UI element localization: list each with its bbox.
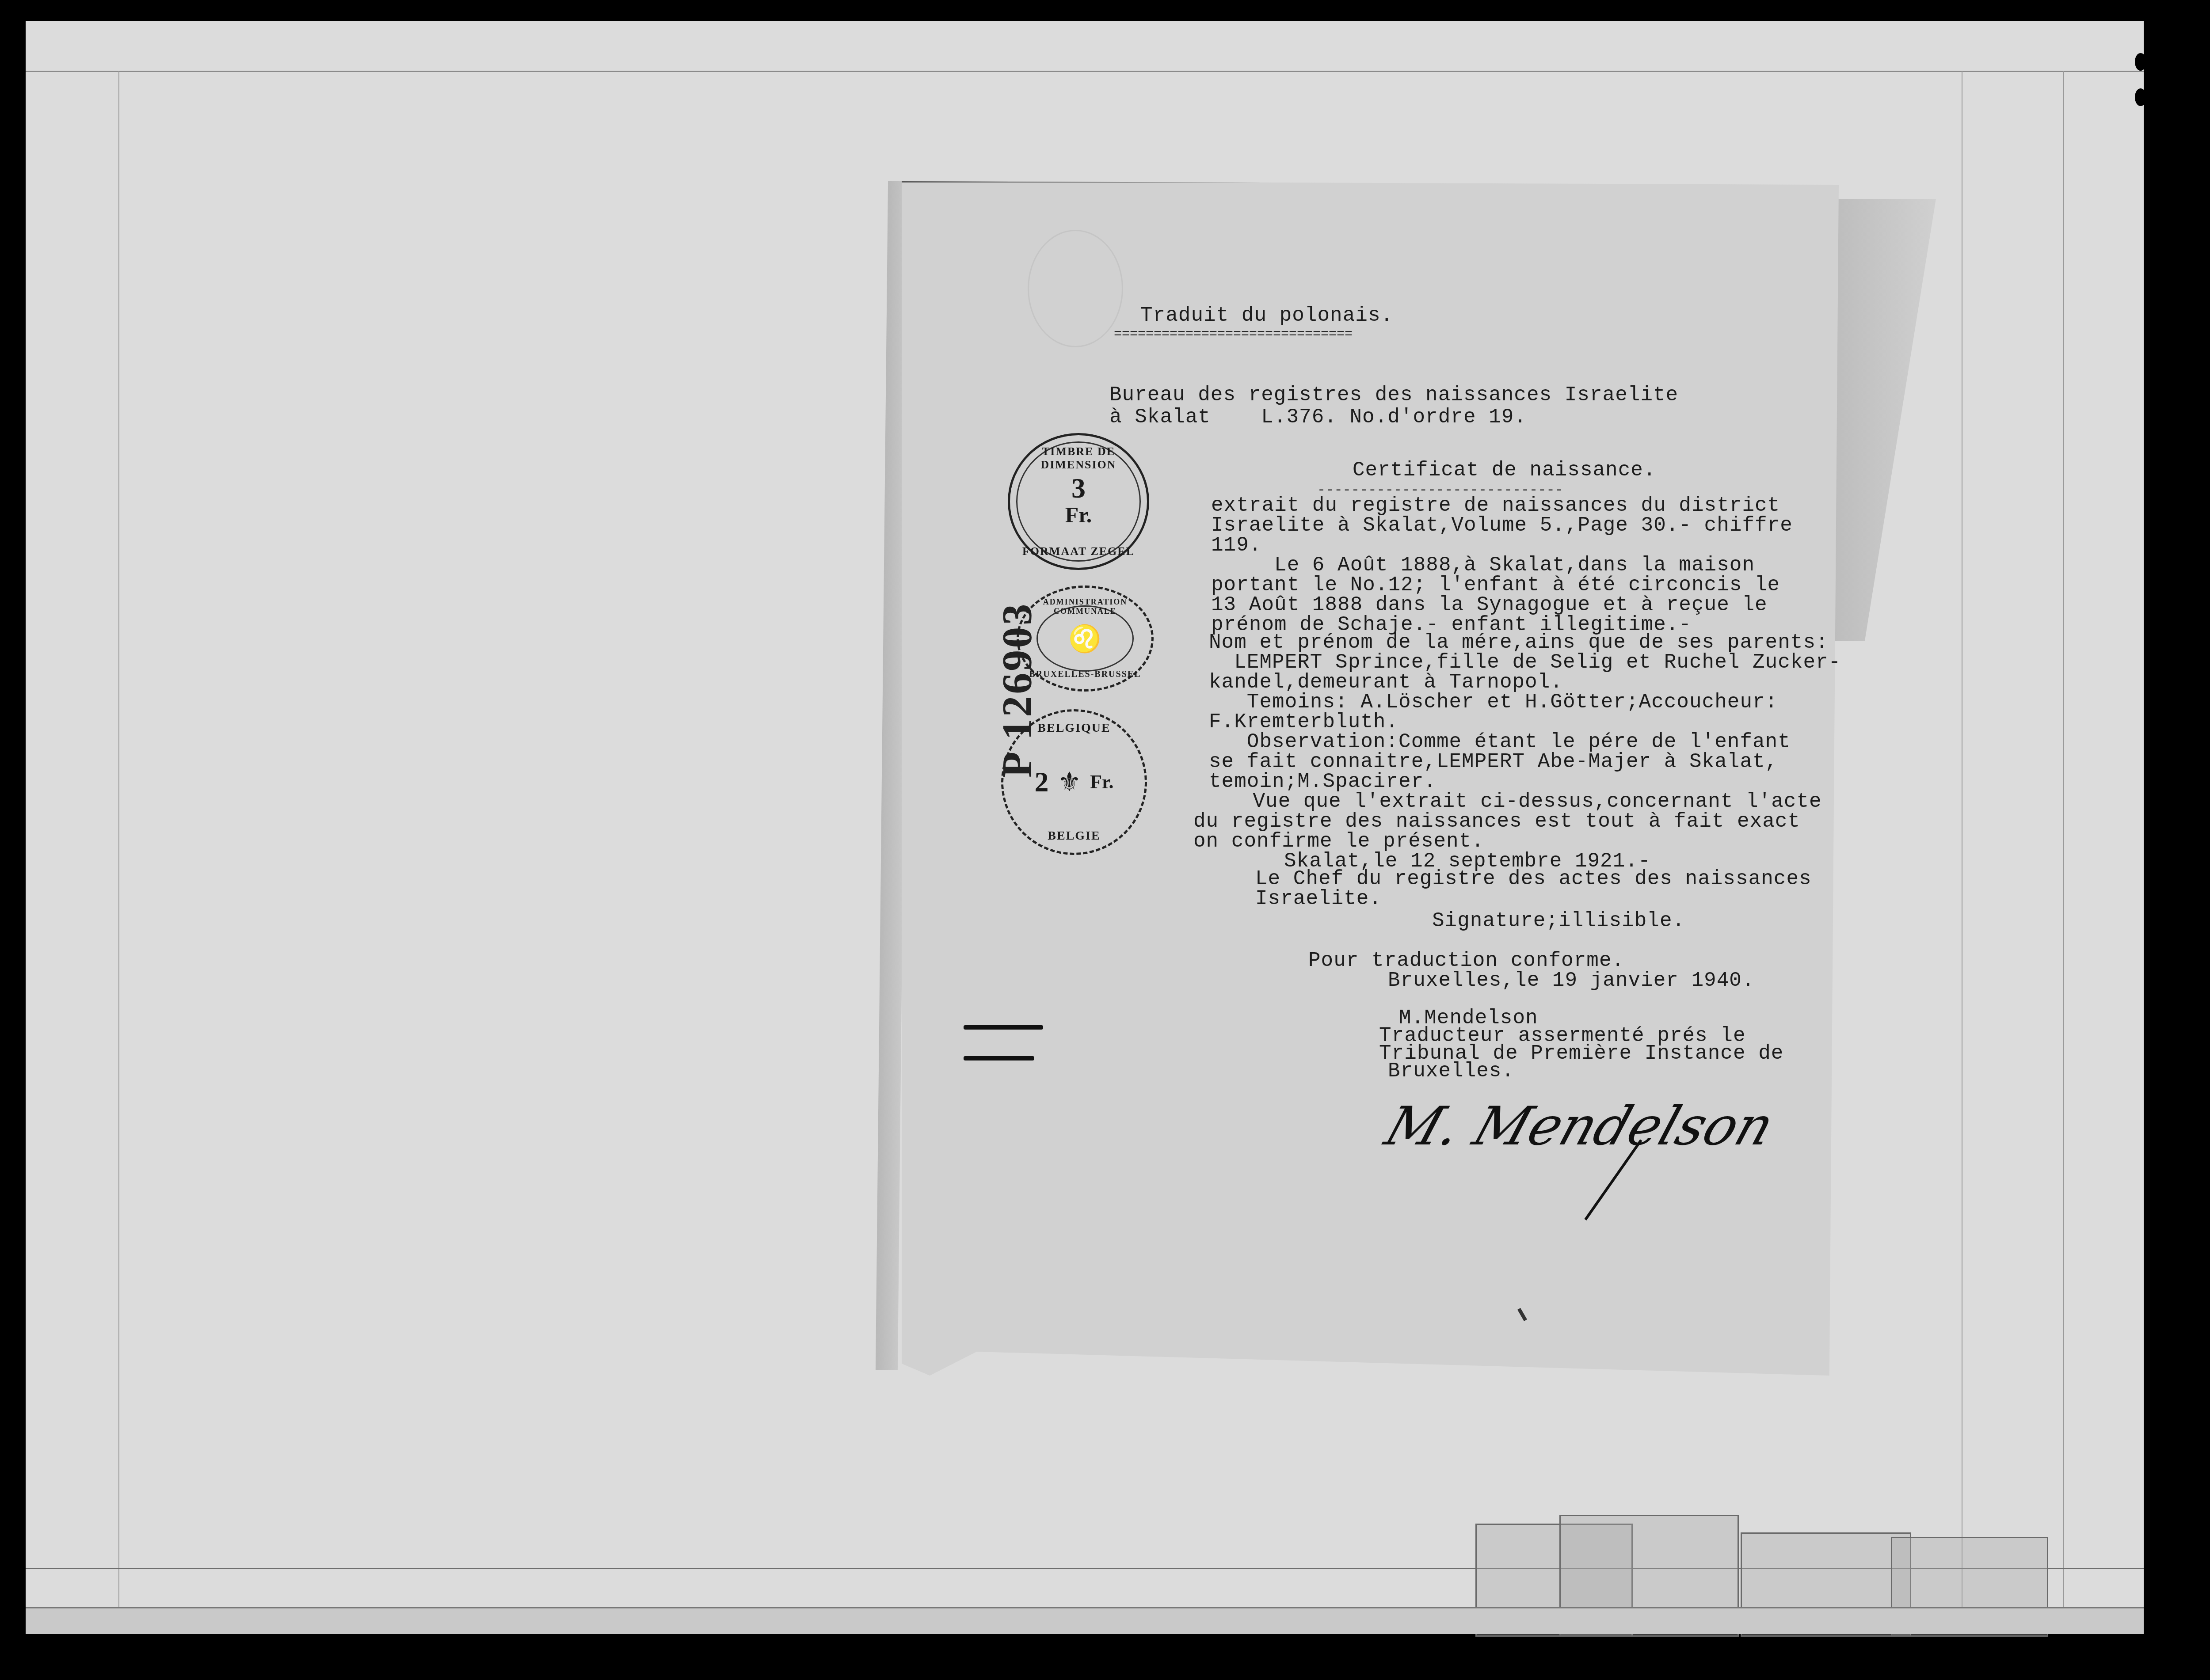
body-line: Observation:Comme étant le pére de l'enf…: [1209, 731, 1791, 753]
translation-header: Traduit du polonais.: [1140, 305, 1393, 327]
registry-line-1: Bureau des registres des naissances Isra…: [1109, 384, 1678, 406]
mount-top-band: [26, 21, 2144, 72]
mount-fold-line-far-right: [2063, 71, 2064, 1608]
mount-bottom-strip: [26, 1607, 2144, 1634]
certificate-heading: Certificat de naissance.: [1353, 460, 1656, 481]
registrar-line: Le Chef du registre des actes des naissa…: [1255, 868, 1812, 890]
body-line: Temoins: A.Löscher et H.Götter;Accoucheu…: [1209, 692, 1778, 713]
body-line: Nom et prénom de la mére,ains que de ses…: [1209, 632, 1829, 654]
body-line: F.Kremterbluth.: [1209, 711, 1398, 733]
binding-hole-mark: [2135, 88, 2146, 106]
body-line: Vue que l'extrait ci-dessus,concernant l…: [1202, 791, 1822, 813]
body-line: kandel,demeurant à Tarnopol.: [1209, 672, 1563, 693]
body-line: se fait connaitre,LEMPERT Abe-Majer à Sk…: [1209, 751, 1778, 773]
handwritten-signature: M. Mendelson: [1378, 1096, 1781, 1157]
translation-place-date: Bruxelles,le 19 janvier 1940.: [1388, 970, 1755, 992]
mount-fold-line-left: [118, 71, 119, 1608]
coat-of-arms-icon: ⚜: [1057, 767, 1081, 798]
fiscal-stamp-belgique: BELGIQUE 2 ⚜ Fr. BELGIE: [1001, 709, 1147, 855]
translation-conformity: Pour traduction conforme.: [1308, 950, 1624, 972]
header-underline: ==============================: [1114, 327, 1353, 342]
binding-hole-mark: [2135, 53, 2146, 71]
mount-fold-line-right: [1962, 71, 1962, 1608]
body-line: 13 Août 1888 dans la Synagogue et à reçu…: [1211, 594, 1768, 616]
body-line: Israelite à Skalat,Volume 5.,Page 30.- c…: [1211, 515, 1793, 536]
body-line: 119.: [1211, 535, 1261, 556]
embossed-seal: [1028, 230, 1123, 347]
body-line: extrait du registre de naissances du dis…: [1211, 495, 1780, 517]
body-line: Le 6 Août 1888,à Skalat,dans la maison: [1211, 555, 1755, 576]
registry-line-2: à Skalat L.376. No.d'ordre 19.: [1109, 407, 1527, 428]
body-line: on confirme le présent.: [1193, 831, 1484, 852]
registrar-line: Israelite.: [1255, 888, 1382, 910]
body-line: du registre des naissances est tout à fa…: [1193, 811, 1800, 832]
body-line: temoin;M.Spacirer.: [1209, 771, 1436, 793]
signature-note: Signature;illisible.: [1432, 910, 1685, 932]
fiscal-stamp-dimension: TIMBRE DE DIMENSION 3 Fr. FORMAAT ZEGEL: [1008, 433, 1149, 570]
staple-marks: [964, 1025, 1043, 1087]
translator-title: Bruxelles.: [1388, 1060, 1514, 1082]
body-line: LEMPERT Sprince,fille de Selig et Ruchel…: [1209, 652, 1841, 673]
body-line: portant le No.12; l'enfant à été circonc…: [1211, 574, 1780, 596]
